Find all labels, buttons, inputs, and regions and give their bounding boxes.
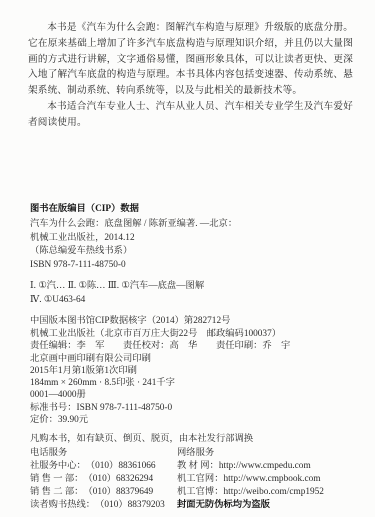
book-copyright-page: 本书是《汽车为什么会跑：图解汽车构造与原理》升级版的底盘分册。它在原来基础上增加… [0,0,375,517]
book-intro: 本书是《汽车为什么会跑：图解汽车构造与原理》升级版的底盘分册。它在原来基础上增加… [28,20,353,131]
site-url: http://weibo.com/cmp1952 [224,487,324,497]
network-row-textbook-site: 教 材 网：http://www.cmpedu.com [177,460,361,473]
format-line: 184mm × 260mm · 8.5印张 · 241千字 [30,377,355,389]
cip-series-line: （陈总编爱车热线书系） [30,245,355,259]
print-run-line: 0001—4000册 [30,389,355,401]
phone-label: 销 售 一 部： [30,473,83,486]
cip-record-number: 中国版本图书馆CIP数据核字（2014）第282712号 [30,315,355,329]
cip-title-line: 汽车为什么会跑：底盘图解 / 陈新亚编著. —北京： [30,218,355,232]
site-label: 机工官网： [177,473,224,486]
cip-heading: 图书在版编目（CIP）数据 [30,203,355,217]
network-row-official-site: 机工官网：http://www.cmpbook.com [177,473,361,486]
cip-isbn-line: ISBN 978-7-111-48750-0 [30,259,355,273]
phone-label: 销 售 二 部： [30,486,83,499]
cip-classification-line-1: Ⅰ. ①汽… Ⅱ. ①陈… Ⅲ. ①汽车—底盘—图解 [30,280,355,294]
service-columns: 电话服务 社服务中心：（010）88361066 销 售 一 部：（010）68… [30,447,361,512]
site-url: http://www.cmpbook.com [224,474,321,484]
anti-counterfeit-warning: 封面无防伪标均为盗版 [177,499,361,512]
network-service-column: 网络服务 教 材 网：http://www.cmpedu.com 机工官网：ht… [177,447,361,512]
publisher-address-line: 机械工业出版社（北京市百万庄大街22号 邮政编码100037） [30,328,355,340]
network-row-weibo: 机工官博：http://weibo.com/cmp1952 [177,486,361,499]
phone-service-heading: 电话服务 [30,447,177,460]
cip-classification-line-2: Ⅳ. ①U463-64 [30,294,355,308]
printer-line: 北京画中画印刷有限公司印刷 [30,353,355,365]
phone-label: 社服务中心： [30,460,86,473]
service-info-block: 凡购本书，如有缺页、倒页、脱页，由本社发行部调换 电话服务 社服务中心：（010… [30,433,361,511]
cip-data-block: 图书在版编目（CIP）数据 汽车为什么会跑：底盘图解 / 陈新亚编著. —北京：… [30,203,355,328]
price-line: 定价：39.90元 [30,414,355,426]
standard-isbn-line: 标准书号：ISBN 978-7-111-48750-0 [30,402,355,414]
editors-line: 责任编辑：李 军 责任校对：高 华 责任印刷：乔 宇 [30,340,355,352]
replacement-notice: 凡购本书，如有缺页、倒页、脱页，由本社发行部调换 [30,433,361,446]
cip-publisher-line: 机械工业出版社，2014.12 [30,232,355,246]
site-url: http://www.cmpedu.com [219,461,311,471]
phone-number: （010）68326294 [83,474,153,484]
phone-label: 读者购书热线： [30,499,95,512]
edition-line: 2015年1月第1版第1次印刷 [30,365,355,377]
site-label: 机工官博： [177,486,224,499]
network-service-heading: 网络服务 [177,447,361,460]
phone-row-reader-hotline: 读者购书热线：（010）88379203 [30,499,177,512]
phone-service-column: 电话服务 社服务中心：（010）88361066 销 售 一 部：（010）68… [30,447,177,512]
intro-paragraph-2: 本书适合汽车专业人士、汽车从业人员、汽车相关专业学生及汽车爱好者阅读使用。 [28,99,353,131]
phone-number: （010）88361066 [86,461,156,471]
phone-row-sales-2: 销 售 二 部：（010）88379649 [30,486,177,499]
site-label: 教 材 网： [177,460,219,473]
intro-paragraph-1: 本书是《汽车为什么会跑：图解汽车构造与原理》升级版的底盘分册。它在原来基础上增加… [28,20,353,99]
phone-number: （010）88379203 [95,500,165,510]
phone-row-service-center: 社服务中心：（010）88361066 [30,460,177,473]
phone-row-sales-1: 销 售 一 部：（010）68326294 [30,473,177,486]
publishing-info-block: 机械工业出版社（北京市百万庄大街22号 邮政编码100037） 责任编辑：李 军… [30,328,355,426]
phone-number: （010）88379649 [83,487,153,497]
